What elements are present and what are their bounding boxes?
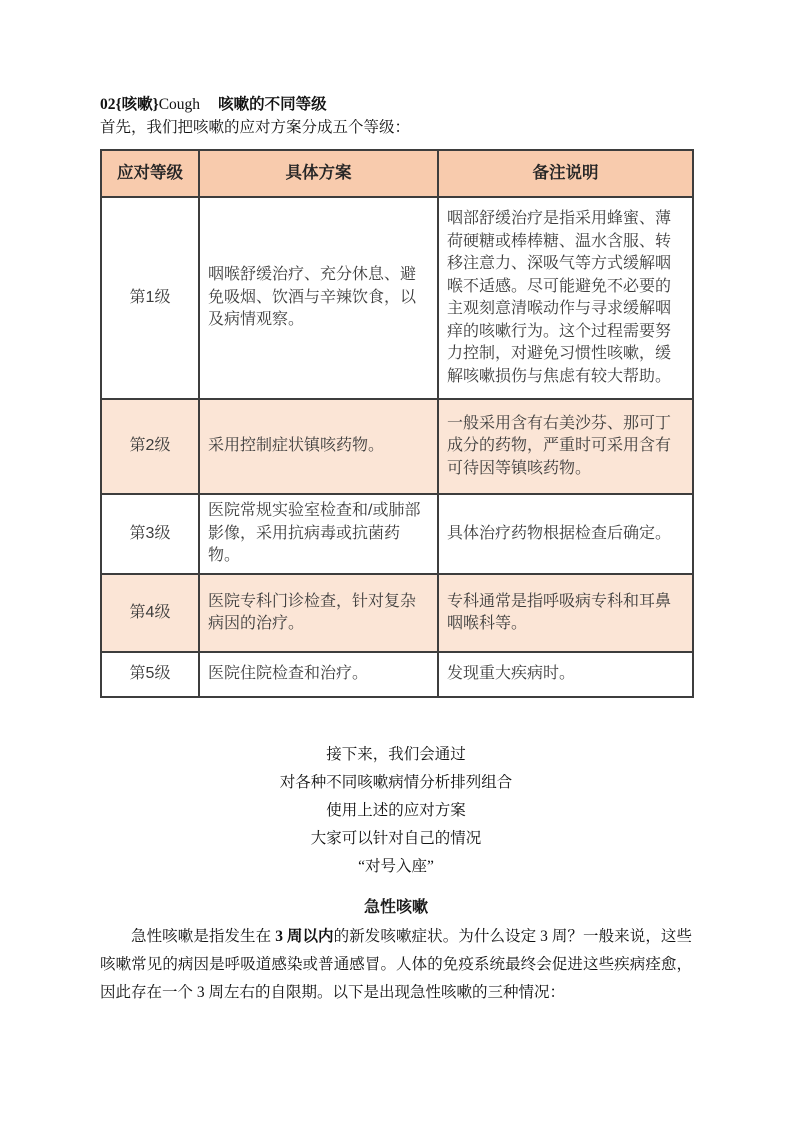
paragraph-text: 急性咳嗽是指发生在: [131, 928, 275, 945]
header-cell-level: 应对等级: [101, 150, 199, 197]
title-number-part: 02{咳嗽}: [100, 96, 159, 113]
bold-emphasis-text: 3 周以内: [275, 928, 333, 945]
table-row: 第1级 咽喉舒缓治疗、充分休息、避免吸烟、饮酒与辛辣饮食，以及病情观察。 咽部舒…: [101, 197, 693, 399]
level-cell: 第2级: [101, 399, 199, 494]
header-cell-plan: 具体方案: [199, 150, 438, 197]
note-cell: 发现重大疾病时。: [438, 652, 693, 697]
acute-cough-paragraph: 急性咳嗽是指发生在 3 周以内的新发咳嗽症状。为什么设定 3 周？一般来说，这些…: [100, 923, 692, 1007]
note-cell: 一般采用含有右美沙芬、那可丁成分的药物，严重时可采用含有可待因等镇咳药物。: [438, 399, 693, 494]
plan-cell: 采用控制症状镇咳药物。: [199, 399, 438, 494]
plan-cell: 医院住院检查和治疗。: [199, 652, 438, 697]
note-cell: 专科通常是指呼吸病专科和耳鼻咽喉科等。: [438, 574, 693, 652]
plan-cell: 医院常规实验室检查和/或肺部影像，采用抗病毒或抗菌药物。: [199, 494, 438, 574]
level-cell: 第1级: [101, 197, 199, 399]
table-row: 第2级 采用控制症状镇咳药物。 一般采用含有右美沙芬、那可丁成分的药物，严重时可…: [101, 399, 693, 494]
header-cell-note: 备注说明: [438, 150, 693, 197]
document-page: 02{咳嗽}Cough咳嗽的不同等级 首先，我们把咳嗽的应对方案分成五个等级： …: [0, 0, 793, 1122]
cough-levels-table: 应对等级 具体方案 备注说明 第1级 咽喉舒缓治疗、充分休息、避免吸烟、饮酒与辛…: [100, 149, 694, 698]
level-cell: 第3级: [101, 494, 199, 574]
acute-cough-heading: 急性咳嗽: [100, 896, 692, 920]
title-english-part: Cough: [159, 96, 200, 113]
plan-cell: 咽喉舒缓治疗、充分休息、避免吸烟、饮酒与辛辣饮食，以及病情观察。: [199, 197, 438, 399]
title-chinese-part: 咳嗽的不同等级: [218, 96, 327, 113]
note-cell: 具体治疗药物根据检查后确定。: [438, 494, 693, 574]
level-cell: 第5级: [101, 652, 199, 697]
table-row: 第3级 医院常规实验室检查和/或肺部影像，采用抗病毒或抗菌药物。 具体治疗药物根…: [101, 494, 693, 574]
plan-cell: 医院专科门诊检查，针对复杂病因的治疗。: [199, 574, 438, 652]
page-title: 02{咳嗽}Cough咳嗽的不同等级: [100, 94, 692, 116]
transition-line: 对各种不同咳嗽病情分析排列组合: [100, 769, 692, 797]
intro-text: 首先，我们把咳嗽的应对方案分成五个等级：: [100, 116, 692, 140]
note-cell: 咽部舒缓治疗是指采用蜂蜜、薄荷硬糖或棒棒糖、温水含服、转移注意力、深吸气等方式缓…: [438, 197, 693, 399]
transition-block: 接下来，我们会通过 对各种不同咳嗽病情分析排列组合 使用上述的应对方案 大家可以…: [100, 741, 692, 881]
transition-line: 使用上述的应对方案: [100, 797, 692, 825]
table-header-row: 应对等级 具体方案 备注说明: [101, 150, 693, 197]
level-cell: 第4级: [101, 574, 199, 652]
transition-line: 大家可以针对自己的情况: [100, 825, 692, 853]
transition-line: “对号入座”: [100, 853, 692, 881]
table-row: 第5级 医院住院检查和治疗。 发现重大疾病时。: [101, 652, 693, 697]
transition-line: 接下来，我们会通过: [100, 741, 692, 769]
table-row: 第4级 医院专科门诊检查，针对复杂病因的治疗。 专科通常是指呼吸病专科和耳鼻咽喉…: [101, 574, 693, 652]
